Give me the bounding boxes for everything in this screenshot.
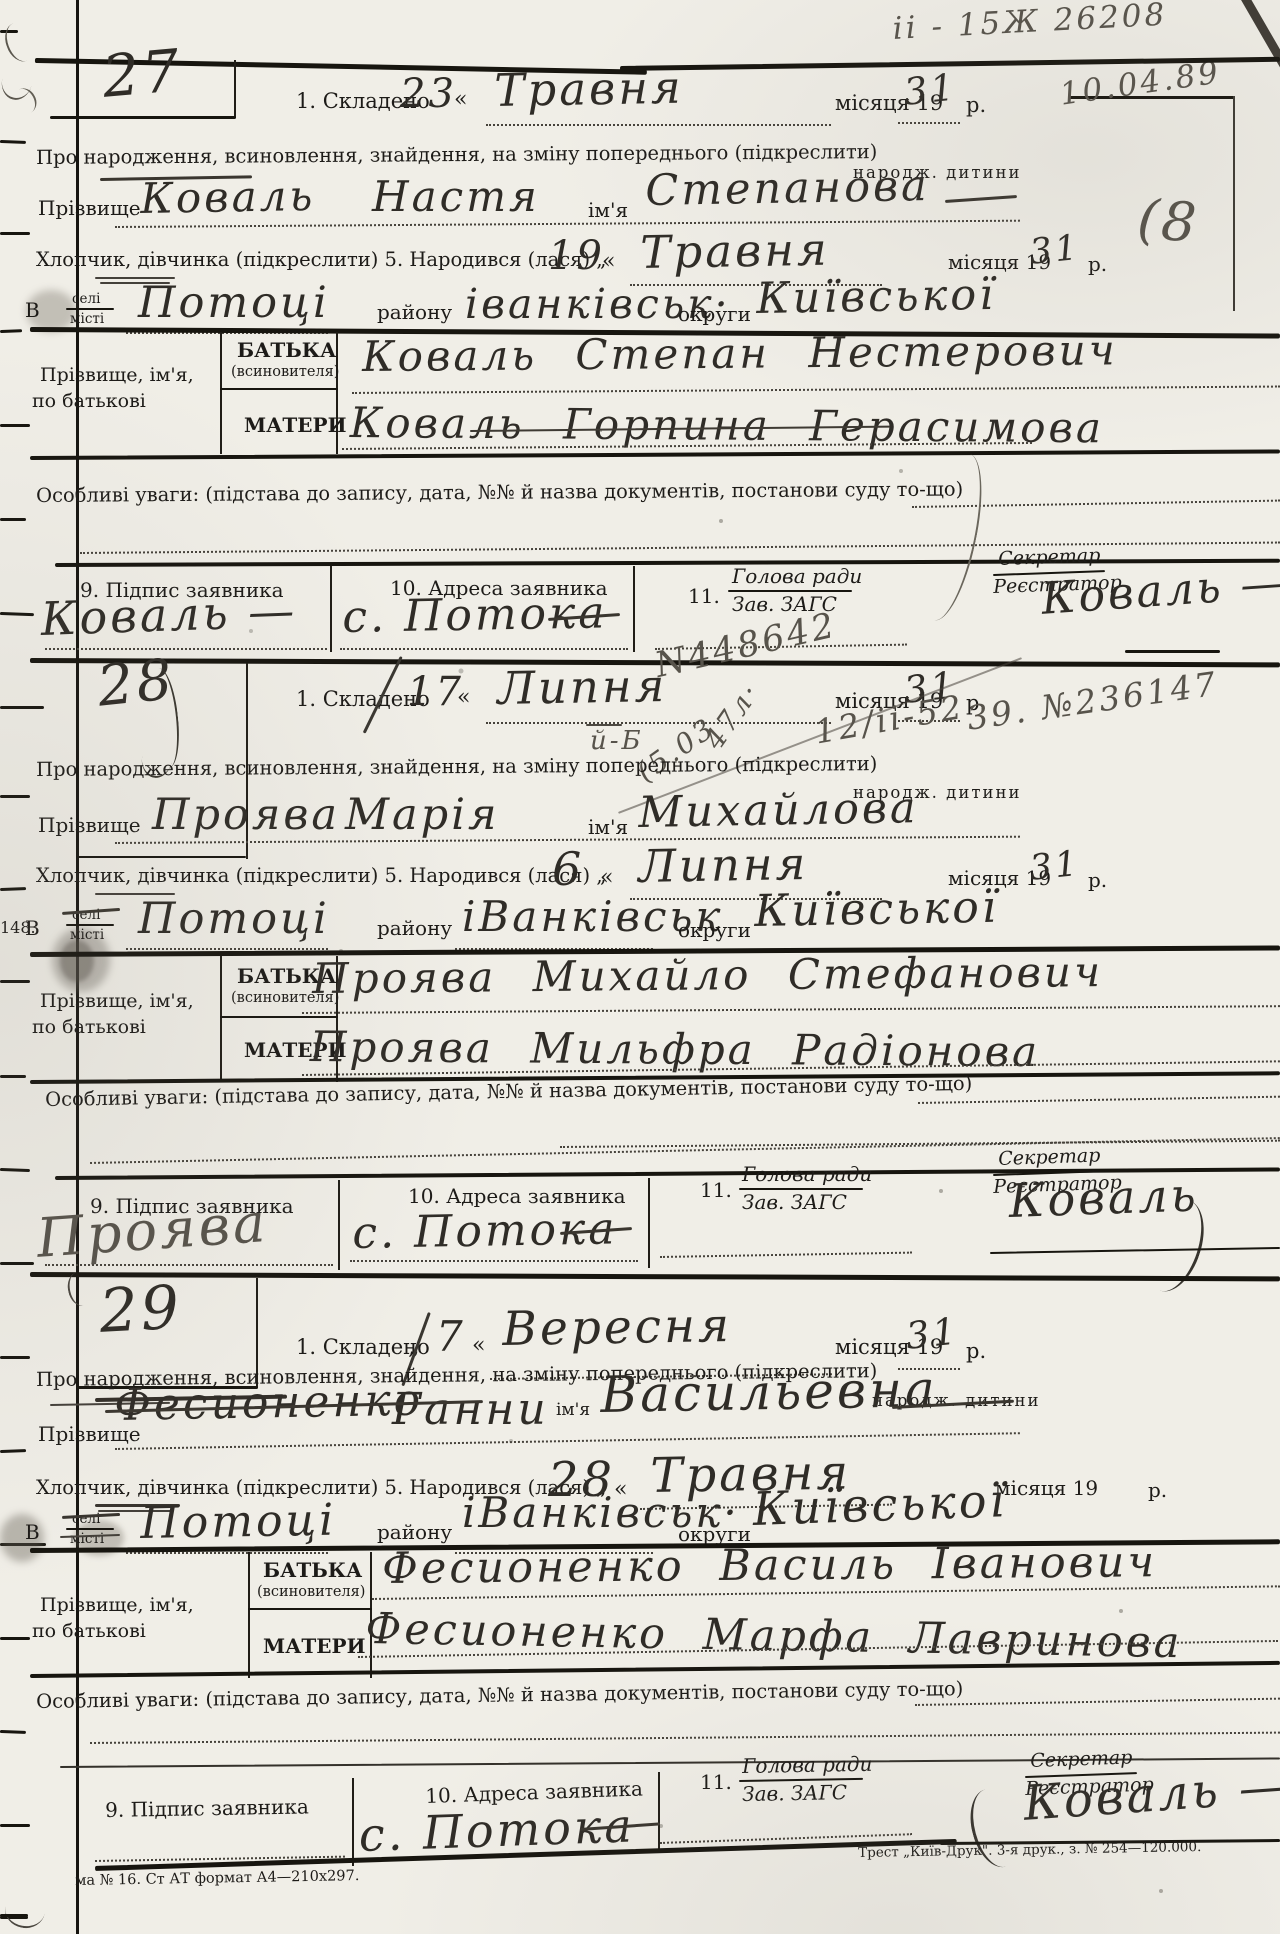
month-of-label: місяця 19 (995, 1478, 1098, 1499)
council-head-label: Голова ради (732, 566, 862, 587)
in-label: В (25, 1522, 40, 1543)
ledger-line (0, 232, 30, 235)
secretary-label: Секретар (998, 1146, 1101, 1169)
dotted-line (898, 122, 960, 124)
ledger-line (0, 795, 30, 798)
zags-head-label: Зав. ЗАГС (742, 1192, 847, 1213)
quote-mark: « (602, 250, 615, 273)
dotted-line (915, 1698, 1280, 1706)
place-village-handwriting: Потоці (138, 282, 330, 325)
ledger-line (0, 1637, 30, 1640)
dotted-line (918, 1096, 1280, 1104)
birth-month-handwriting: Липня (638, 841, 809, 889)
father-name-handwriting: Коваль Степан Нестерович (362, 329, 1118, 378)
number-box-line (78, 856, 246, 858)
father-name-handwriting: Фесионенко Василь Іванович (382, 1541, 1157, 1591)
stray-mark (2, 1889, 48, 1931)
birth-day-handwriting: 19 (548, 236, 605, 276)
margin-note-handwriting: (8 (1135, 192, 1201, 251)
annotation-note-small: й-Б (590, 728, 644, 754)
ledger-line (0, 1168, 30, 1172)
dotted-line (302, 1005, 1280, 1014)
applicant-signature-handwriting: Проява (35, 1196, 270, 1266)
child-patronymic-handwriting: Васильевна (600, 1364, 938, 1420)
district-label: району (377, 302, 452, 323)
annotation-note-number: 39. №236147 (965, 667, 1220, 735)
father-name-handwriting: Проява Михайло Стефанович (312, 951, 1103, 1000)
village-label: селі (72, 292, 100, 306)
ink-smudge (60, 940, 94, 982)
ledger-line (0, 518, 26, 521)
dotted-line (486, 124, 831, 126)
year-r-label: р. (1088, 870, 1107, 891)
dotted-line (126, 1552, 328, 1554)
place-okruha-handwriting: Київської (756, 274, 996, 321)
number-box-line (234, 60, 236, 118)
mother-name-handwriting: Фесионенко Марфа Лавринова (365, 1608, 1183, 1665)
ledger-line (0, 887, 26, 891)
parents-box-midline (248, 1608, 372, 1610)
short-rule (1125, 650, 1220, 653)
dotted-line (90, 1137, 1280, 1164)
okruha-label: округи (678, 304, 751, 325)
fraction-line (66, 924, 114, 926)
quote-mark: « (454, 88, 467, 111)
ledger-line (0, 329, 22, 333)
surname-label: Прізвище (38, 815, 141, 836)
item-11-label: 11. (700, 1180, 732, 1201)
parents-box-line (248, 1552, 250, 1678)
stray-mark (0, 1914, 28, 1917)
council-head-label: Голова ради (742, 1164, 872, 1185)
ledger-line (0, 1449, 26, 1453)
composed-month-handwriting: Травня (494, 65, 684, 113)
fraction-line (66, 308, 114, 310)
child-surname-handwriting: Коваль (140, 175, 316, 220)
number-box-line (50, 116, 236, 119)
composed-day-handwriting: 17 (407, 672, 464, 712)
place-village-handwriting: Потоці (138, 898, 330, 941)
composed-month-handwriting: Вересня (502, 1302, 732, 1353)
in-label: В (25, 918, 40, 939)
ledger-line (0, 140, 26, 144)
ledger-line (0, 1356, 30, 1359)
corner-code-handwriting: іі - 15Ж 26208 (892, 0, 1168, 45)
ledger-line (0, 1824, 30, 1827)
dotted-line (90, 1732, 1280, 1744)
town-label: місті (70, 928, 104, 942)
birth-day-handwriting: 6 (552, 846, 584, 892)
stray-mark (0, 18, 40, 65)
dotted-line (115, 1432, 1020, 1450)
okruha-label: округи (678, 920, 751, 941)
record-number-handwriting: 29 (98, 1278, 183, 1342)
birth-year-handwriting: 31 (1028, 231, 1082, 271)
composed-year-handwriting: 31 (902, 68, 959, 110)
applicant-signature-handwriting: Коваль — (40, 587, 298, 642)
dotted-line (45, 648, 327, 650)
corner-date-handwriting: 10.04.89 (1058, 57, 1223, 110)
official-signature-handwriting: Коваль — (1022, 1761, 1280, 1827)
fullname-label-line1: Прізвище, ім'я, (40, 992, 194, 1012)
birth-year-handwriting: 31 (1028, 847, 1082, 887)
surname-label: Прізвище (38, 1424, 141, 1445)
parents-box-bottom-rule (30, 1661, 1280, 1678)
ledger-line (0, 980, 30, 983)
given-name-label: ім'я (556, 1402, 590, 1420)
year-r-label: р. (966, 1340, 986, 1362)
footer-left-imprint: ма № 16. Ст АТ формат А4—210х297. (75, 1869, 360, 1889)
zags-head-label: Зав. ЗАГС (742, 1782, 847, 1805)
fullname-label-line1: Прізвище, ім'я, (40, 1596, 194, 1616)
mother-label: МАТЕРИ (244, 415, 347, 436)
sex-birth-label: Хлопчик, дівчинка (підкреслити) 5. Народ… (36, 866, 606, 886)
short-rule (990, 1247, 1280, 1254)
year-r-label: р. (1148, 1480, 1167, 1501)
ledger-line (0, 706, 44, 709)
signature-cell-divider (352, 1778, 354, 1866)
fullname-label-line2: по батькові (32, 1018, 146, 1038)
sex-birth-label: Хлопчик, дівчинка (підкреслити) 5. Народ… (36, 250, 606, 270)
signature-cell-divider (633, 566, 635, 652)
secretary-label: Секретар (998, 546, 1101, 569)
child-patronymic-handwriting: Степанова (645, 165, 930, 213)
remarks-label: Особливі уваги: (підстава до запису, дат… (36, 480, 963, 507)
parents-box-midline (220, 388, 338, 390)
fullname-label-line2: по батькові (32, 392, 146, 412)
surname-label: Прізвище (38, 198, 141, 219)
adopter-label: (всиновителя) (257, 1585, 365, 1600)
child-given-handwriting: Настя (372, 176, 540, 218)
year-r-label: р. (966, 94, 986, 116)
place-okruha-handwriting: Київської (752, 1477, 1008, 1532)
given-name-label: ім'я (588, 200, 628, 221)
flourish-dash (945, 195, 1017, 203)
signature-cell-divider (658, 1772, 660, 1852)
child-given-handwriting: Марія (345, 794, 499, 837)
place-village-handwriting: Потоці (140, 1499, 337, 1546)
birth-month-handwriting: Травня (640, 227, 830, 275)
parents-box-line (220, 332, 222, 454)
in-label: В (25, 300, 40, 321)
council-head-label: Голова ради (742, 1754, 873, 1777)
parents-box-bottom-rule (30, 449, 1280, 460)
mother-label: МАТЕРИ (263, 1636, 366, 1657)
district-label: району (377, 1522, 452, 1543)
registration-types-label: Про народження, всиновлення, знайдення, … (36, 754, 877, 780)
quote-mark: « (457, 686, 470, 709)
item-11-label: 11. (700, 1772, 732, 1793)
annotation-cert-number: N448642 (652, 608, 840, 684)
overline-mark (586, 724, 622, 726)
dotted-line (352, 386, 1280, 394)
signature-cell-divider (648, 1178, 650, 1268)
record-separator-rule (30, 1272, 1280, 1281)
composed-day-handwriting: 23 (400, 74, 457, 114)
ledger-line (0, 612, 34, 616)
composed-year-handwriting: 31 (904, 1312, 961, 1354)
given-name-label: ім'я (588, 817, 628, 838)
ledger-line (0, 1730, 26, 1734)
item-11-label: 11. (688, 586, 720, 607)
dotted-line (660, 1252, 912, 1258)
parents-box-line (220, 956, 222, 1082)
fullname-label-line2: по батькові (32, 1622, 146, 1642)
place-okruha-handwriting: Київської (754, 886, 999, 934)
adopter-label: (всиновителя) (231, 365, 339, 380)
record-number-handwriting: 27 (100, 41, 185, 106)
dotted-line (45, 1264, 333, 1266)
corner-fold-mark (1240, 0, 1280, 78)
father-label: БАТЬКА (237, 340, 336, 361)
applicant-signature-label: 9. Підпис заявника (105, 1796, 309, 1821)
ledger-line (0, 1075, 26, 1078)
fullname-label-line1: Прізвище, ім'я, (40, 366, 194, 386)
year-r-label: р. (1088, 254, 1107, 275)
quote-mark: « (472, 1334, 485, 1357)
dotted-line (340, 648, 628, 650)
pencil-flourish (911, 449, 993, 625)
scanned-register-page: іі - 15Ж 26208 10.04.89 27 1. Складено 2… (0, 0, 1280, 1934)
parents-box-midline (220, 1016, 338, 1018)
composed-day-handwriting: 7 (436, 1316, 466, 1358)
child-surname-handwriting: Проява (152, 794, 340, 837)
official-signature-handwriting: Коваль — (1040, 561, 1280, 622)
remarks-label: Особливі уваги: (підстава до запису, дат… (36, 1679, 963, 1712)
ledger-line (0, 1262, 34, 1265)
ledger-line (0, 424, 30, 427)
child-given-handwriting: Ганни (392, 1388, 549, 1432)
district-label: району (377, 918, 452, 939)
signature-cell-divider (338, 1180, 340, 1270)
dotted-line (350, 1260, 638, 1262)
corner-vertical-rule (1233, 96, 1235, 311)
signature-cell-divider (330, 566, 332, 652)
father-label: БАТЬКА (263, 1560, 362, 1581)
composed-month-handwriting: Липня (497, 663, 668, 711)
fraction-line (66, 1528, 114, 1530)
quote-mark: « (600, 866, 613, 889)
dotted-line (486, 722, 831, 724)
pencil-flourish (962, 1783, 1028, 1872)
town-label: місті (70, 312, 104, 326)
child-patronymic-handwriting: Михайлова (638, 787, 919, 835)
